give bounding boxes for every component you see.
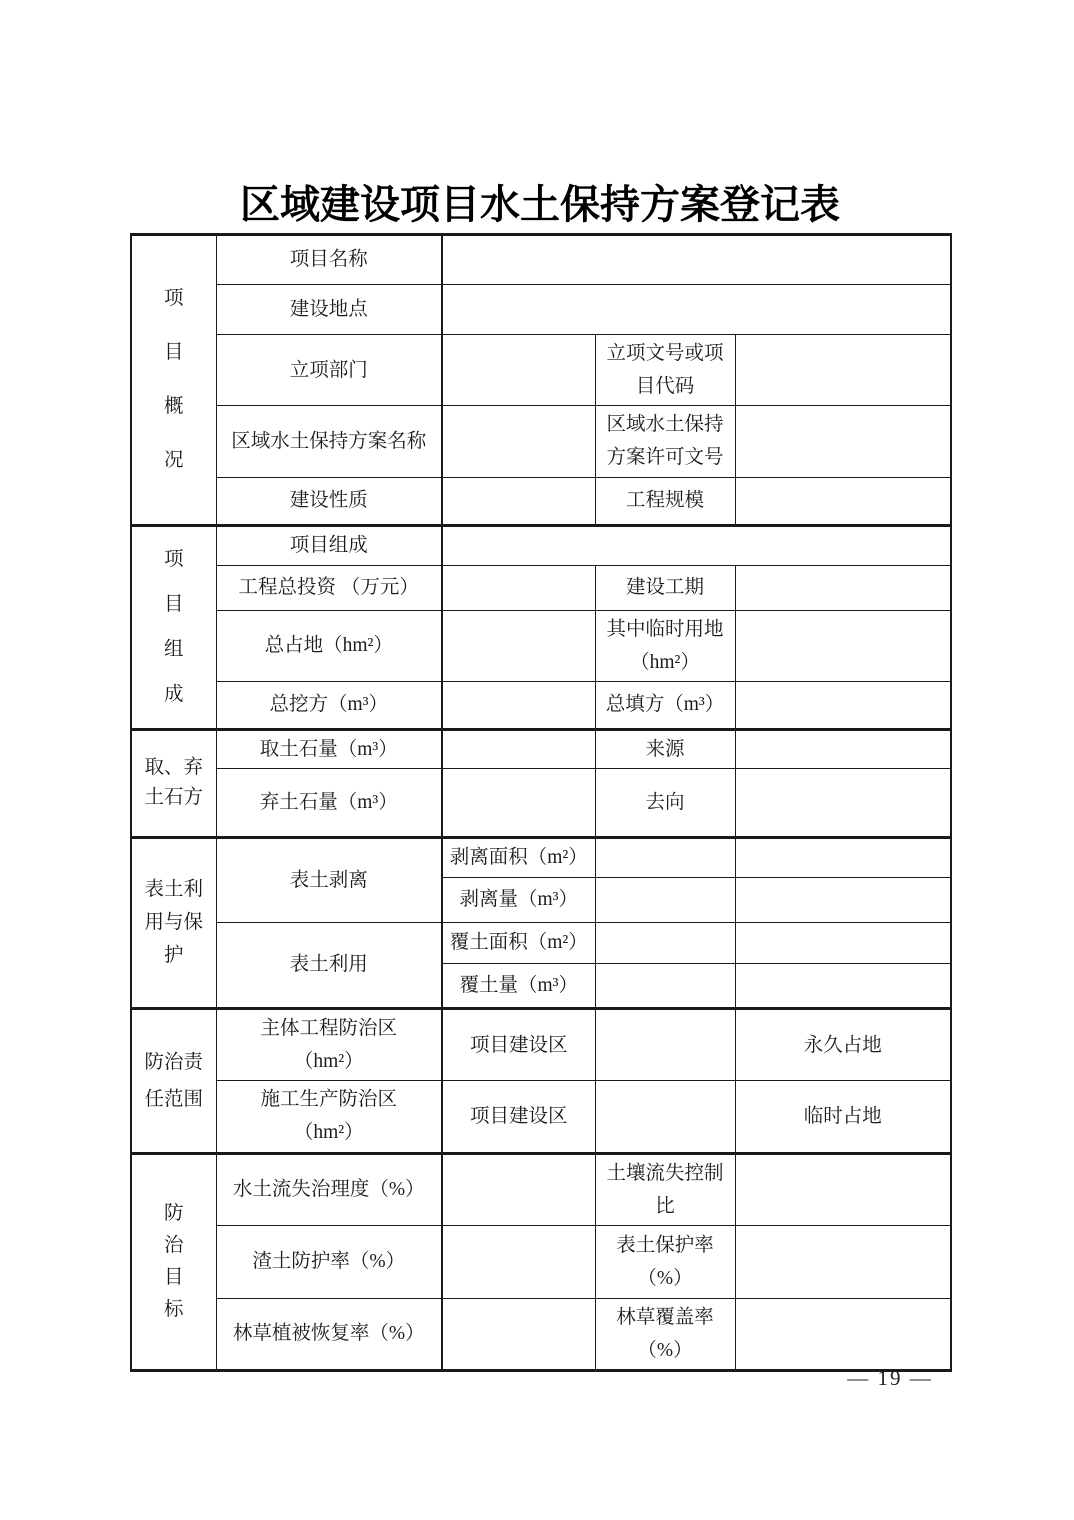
- value-project-name: [442, 235, 951, 285]
- value-soil-loss-control-ratio: [735, 1153, 951, 1225]
- field-borrow-earthwork-volume: 取土石量（m³）: [216, 729, 442, 768]
- field-approval-department: 立项部门: [216, 335, 442, 406]
- registration-form-table: 项 目 概 况 项目名称 建设地点 立项部门 立项文号或项 目代码 区域水土保持…: [130, 233, 952, 1372]
- value-borrow-earthwork-volume: [442, 729, 595, 768]
- value-regional-plan-name: [442, 406, 595, 477]
- value-debris-protection-rate: [442, 1225, 595, 1298]
- value-stripping-volume-1: [595, 877, 735, 922]
- field-total-fill: 总填方（m³）: [595, 681, 735, 729]
- value-grass-coverage-rate: [735, 1298, 951, 1370]
- cell-project-construction-area: 项目建设区: [442, 1008, 595, 1080]
- field-plan-permit-number: 区域水土保持 方案许可文号: [595, 406, 735, 477]
- field-topsoil-protection-rate: 表土保护率 （%）: [595, 1225, 735, 1298]
- value-total-fill: [735, 681, 951, 729]
- value-source: [735, 729, 951, 768]
- field-spoil-earthwork-volume: 弃土石量（m³）: [216, 768, 442, 837]
- section-label-prevention-targets: 防 治 目 标: [131, 1153, 216, 1371]
- value-erosion-control-degree: [442, 1153, 595, 1225]
- field-destination: 去向: [595, 768, 735, 837]
- section-label-prevention-responsibility-scope: 防治责 任范围: [131, 1008, 216, 1153]
- value-construction-production-zone: [595, 1081, 735, 1153]
- metric-stripping-area: 剥离面积（m²）: [442, 837, 595, 877]
- value-vegetation-restoration-rate: [442, 1298, 595, 1370]
- value-covering-area-1: [595, 922, 735, 963]
- metric-covering-area: 覆土面积（m²）: [442, 922, 595, 963]
- field-project-name: 项目名称: [216, 235, 442, 285]
- field-construction-location: 建设地点: [216, 285, 442, 335]
- field-approval-doc-number: 立项文号或项 目代码: [595, 335, 735, 406]
- section-label-borrow-spoil-earthwork: 取、弃 土石方: [131, 729, 216, 837]
- value-spoil-earthwork-volume: [442, 768, 595, 837]
- value-main-project-zone: [595, 1008, 735, 1080]
- group-label-topsoil-use: 表土利用: [216, 922, 442, 1008]
- value-destination: [735, 768, 951, 837]
- value-construction-nature: [442, 477, 595, 525]
- value-total-excavation: [442, 681, 595, 729]
- value-project-scale: [735, 477, 951, 525]
- value-covering-volume-2: [735, 963, 951, 1008]
- section-label-topsoil-use-protection: 表土利 用与保 护: [131, 837, 216, 1008]
- value-stripping-volume-2: [735, 877, 951, 922]
- field-vegetation-restoration-rate: 林草植被恢复率（%）: [216, 1298, 442, 1370]
- value-construction-period: [735, 565, 951, 610]
- field-total-land-area: 总占地（hm²）: [216, 610, 442, 681]
- value-total-investment: [442, 565, 595, 610]
- metric-covering-volume: 覆土量（m³）: [442, 963, 595, 1008]
- value-stripping-area-1: [595, 837, 735, 877]
- document-page: 区域建设项目水土保持方案登记表 项 目 概 况 项目名称 建设地点 立项部门 立…: [0, 0, 1074, 1520]
- value-approval-department: [442, 335, 595, 406]
- value-total-land-area: [442, 610, 595, 681]
- cell-project-construction-area: 项目建设区: [442, 1081, 595, 1153]
- value-plan-permit-number: [735, 406, 951, 477]
- field-grass-coverage-rate: 林草覆盖率 （%）: [595, 1298, 735, 1370]
- field-total-excavation: 总挖方（m³）: [216, 681, 442, 729]
- page-number: — 19 —: [780, 1366, 1000, 1391]
- field-regional-plan-name: 区域水土保持方案名称: [216, 406, 442, 477]
- value-project-composition: [442, 525, 951, 565]
- section-label-project-overview: 项 目 概 况: [131, 235, 216, 526]
- value-approval-doc-number: [735, 335, 951, 406]
- value-topsoil-protection-rate: [735, 1225, 951, 1298]
- field-total-investment: 工程总投资 （万元）: [216, 565, 442, 610]
- value-stripping-area-2: [735, 837, 951, 877]
- cell-permanent-occupation: 永久占地: [735, 1008, 951, 1080]
- section-label-project-composition: 项 目 组 成: [131, 525, 216, 729]
- field-main-project-zone: 主体工程防治区 （hm²）: [216, 1008, 442, 1080]
- page-title: 区域建设项目水土保持方案登记表: [130, 182, 950, 228]
- group-label-topsoil-stripping: 表土剥离: [216, 837, 442, 922]
- field-soil-loss-control-ratio: 土壤流失控制 比: [595, 1153, 735, 1225]
- field-construction-period: 建设工期: [595, 565, 735, 610]
- field-debris-protection-rate: 渣土防护率（%）: [216, 1225, 442, 1298]
- cell-temporary-occupation: 临时占地: [735, 1081, 951, 1153]
- field-construction-production-zone: 施工生产防治区 （hm²）: [216, 1081, 442, 1153]
- value-construction-location: [442, 285, 951, 335]
- field-project-composition: 项目组成: [216, 525, 442, 565]
- field-erosion-control-degree: 水土流失治理度（%）: [216, 1153, 442, 1225]
- field-construction-nature: 建设性质: [216, 477, 442, 525]
- value-covering-volume-1: [595, 963, 735, 1008]
- metric-stripping-volume: 剥离量（m³）: [442, 877, 595, 922]
- field-temporary-land-area: 其中临时用地 （hm²）: [595, 610, 735, 681]
- value-covering-area-2: [735, 922, 951, 963]
- value-temporary-land-area: [735, 610, 951, 681]
- field-source: 来源: [595, 729, 735, 768]
- field-project-scale: 工程规模: [595, 477, 735, 525]
